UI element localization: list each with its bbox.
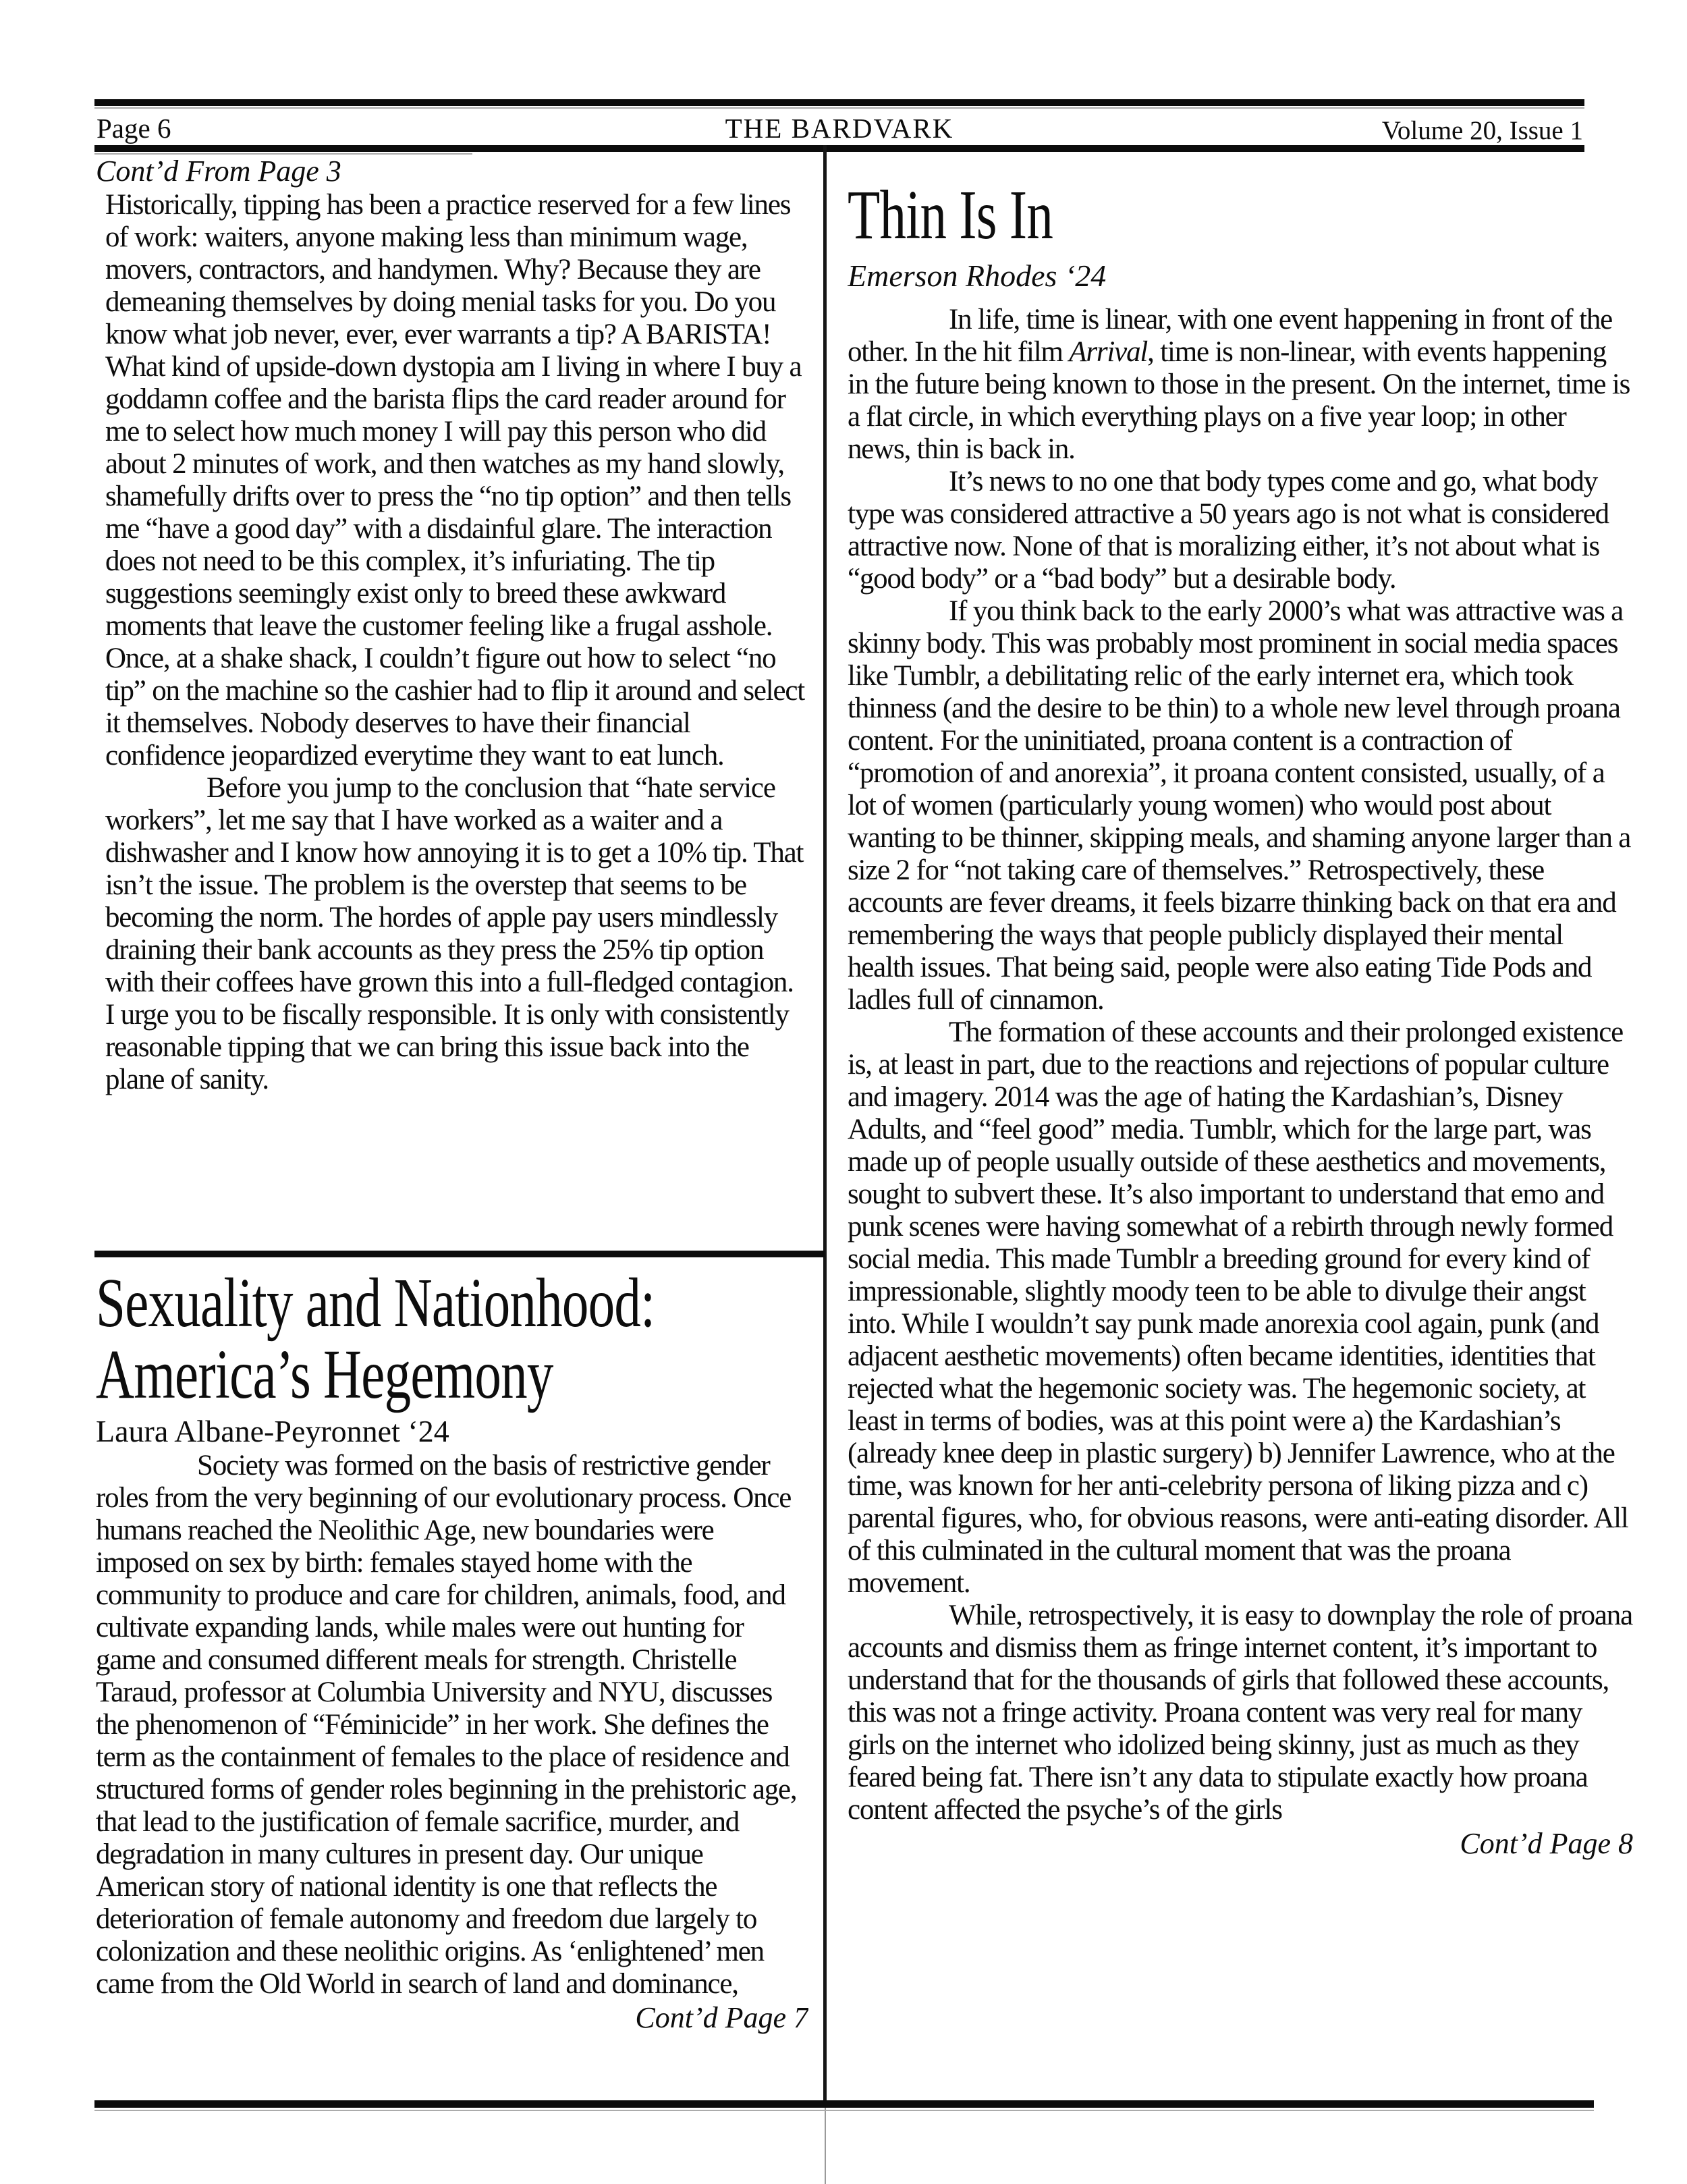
- article-separator-rule: [94, 1251, 825, 1257]
- header-bottom-rule: [94, 145, 1584, 152]
- article-headline: Thin Is In: [848, 180, 1445, 251]
- article-headline-line2: America’s Hegemony: [96, 1339, 638, 1411]
- newspaper-page: Page 6 THE BARDVARK Volume 20, Issue 1 C…: [0, 0, 1687, 2184]
- article-headline-line1: Sexuality and Nationhood:: [96, 1267, 638, 1339]
- bottom-rule: [94, 2100, 1594, 2108]
- article-paragraph: While, retrospectively, it is easy to do…: [848, 1600, 1633, 1826]
- thin-is-in-article: Thin Is In Emerson Rhodes ‘24 In life, t…: [848, 180, 1633, 2104]
- article-paragraph: It’s news to no one that body types come…: [848, 466, 1633, 595]
- continued-to-label: Cont’d Page 8: [848, 1826, 1633, 1861]
- issue-label: Volume 20, Issue 1: [1382, 116, 1583, 146]
- sexuality-article: Sexuality and Nationhood: America’s Hege…: [96, 1267, 808, 2104]
- bottom-rule-hairline: [94, 2110, 1594, 2111]
- column-divider-lower: [825, 2108, 826, 2184]
- article-paragraph: If you think back to the early 2000’s wh…: [848, 595, 1633, 1016]
- masthead-title: THE BARDVARK: [94, 113, 1584, 143]
- film-title-italic: Arrival: [1069, 336, 1147, 368]
- continued-from-label: Cont’d From Page 3: [96, 154, 808, 189]
- column-divider: [823, 145, 827, 2100]
- top-rule: [94, 99, 1584, 106]
- tipping-article: Cont’d From Page 3 Historically, tipping…: [96, 154, 808, 1252]
- article-byline: Emerson Rhodes ‘24: [848, 258, 1633, 294]
- article-paragraph: Society was formed on the basis of restr…: [96, 1450, 808, 2000]
- top-rule-hairline: [94, 107, 1584, 109]
- article-byline: Laura Albane-Peyronnet ‘24: [96, 1413, 808, 1450]
- article-paragraph: Before you jump to the conclusion that “…: [96, 772, 808, 1096]
- article-paragraph: Historically, tipping has been a practic…: [96, 189, 808, 772]
- article-paragraph: In life, time is linear, with one event …: [848, 304, 1633, 466]
- continued-to-label: Cont’d Page 7: [96, 2000, 808, 2036]
- article-paragraph: The formation of these accounts and thei…: [848, 1016, 1633, 1600]
